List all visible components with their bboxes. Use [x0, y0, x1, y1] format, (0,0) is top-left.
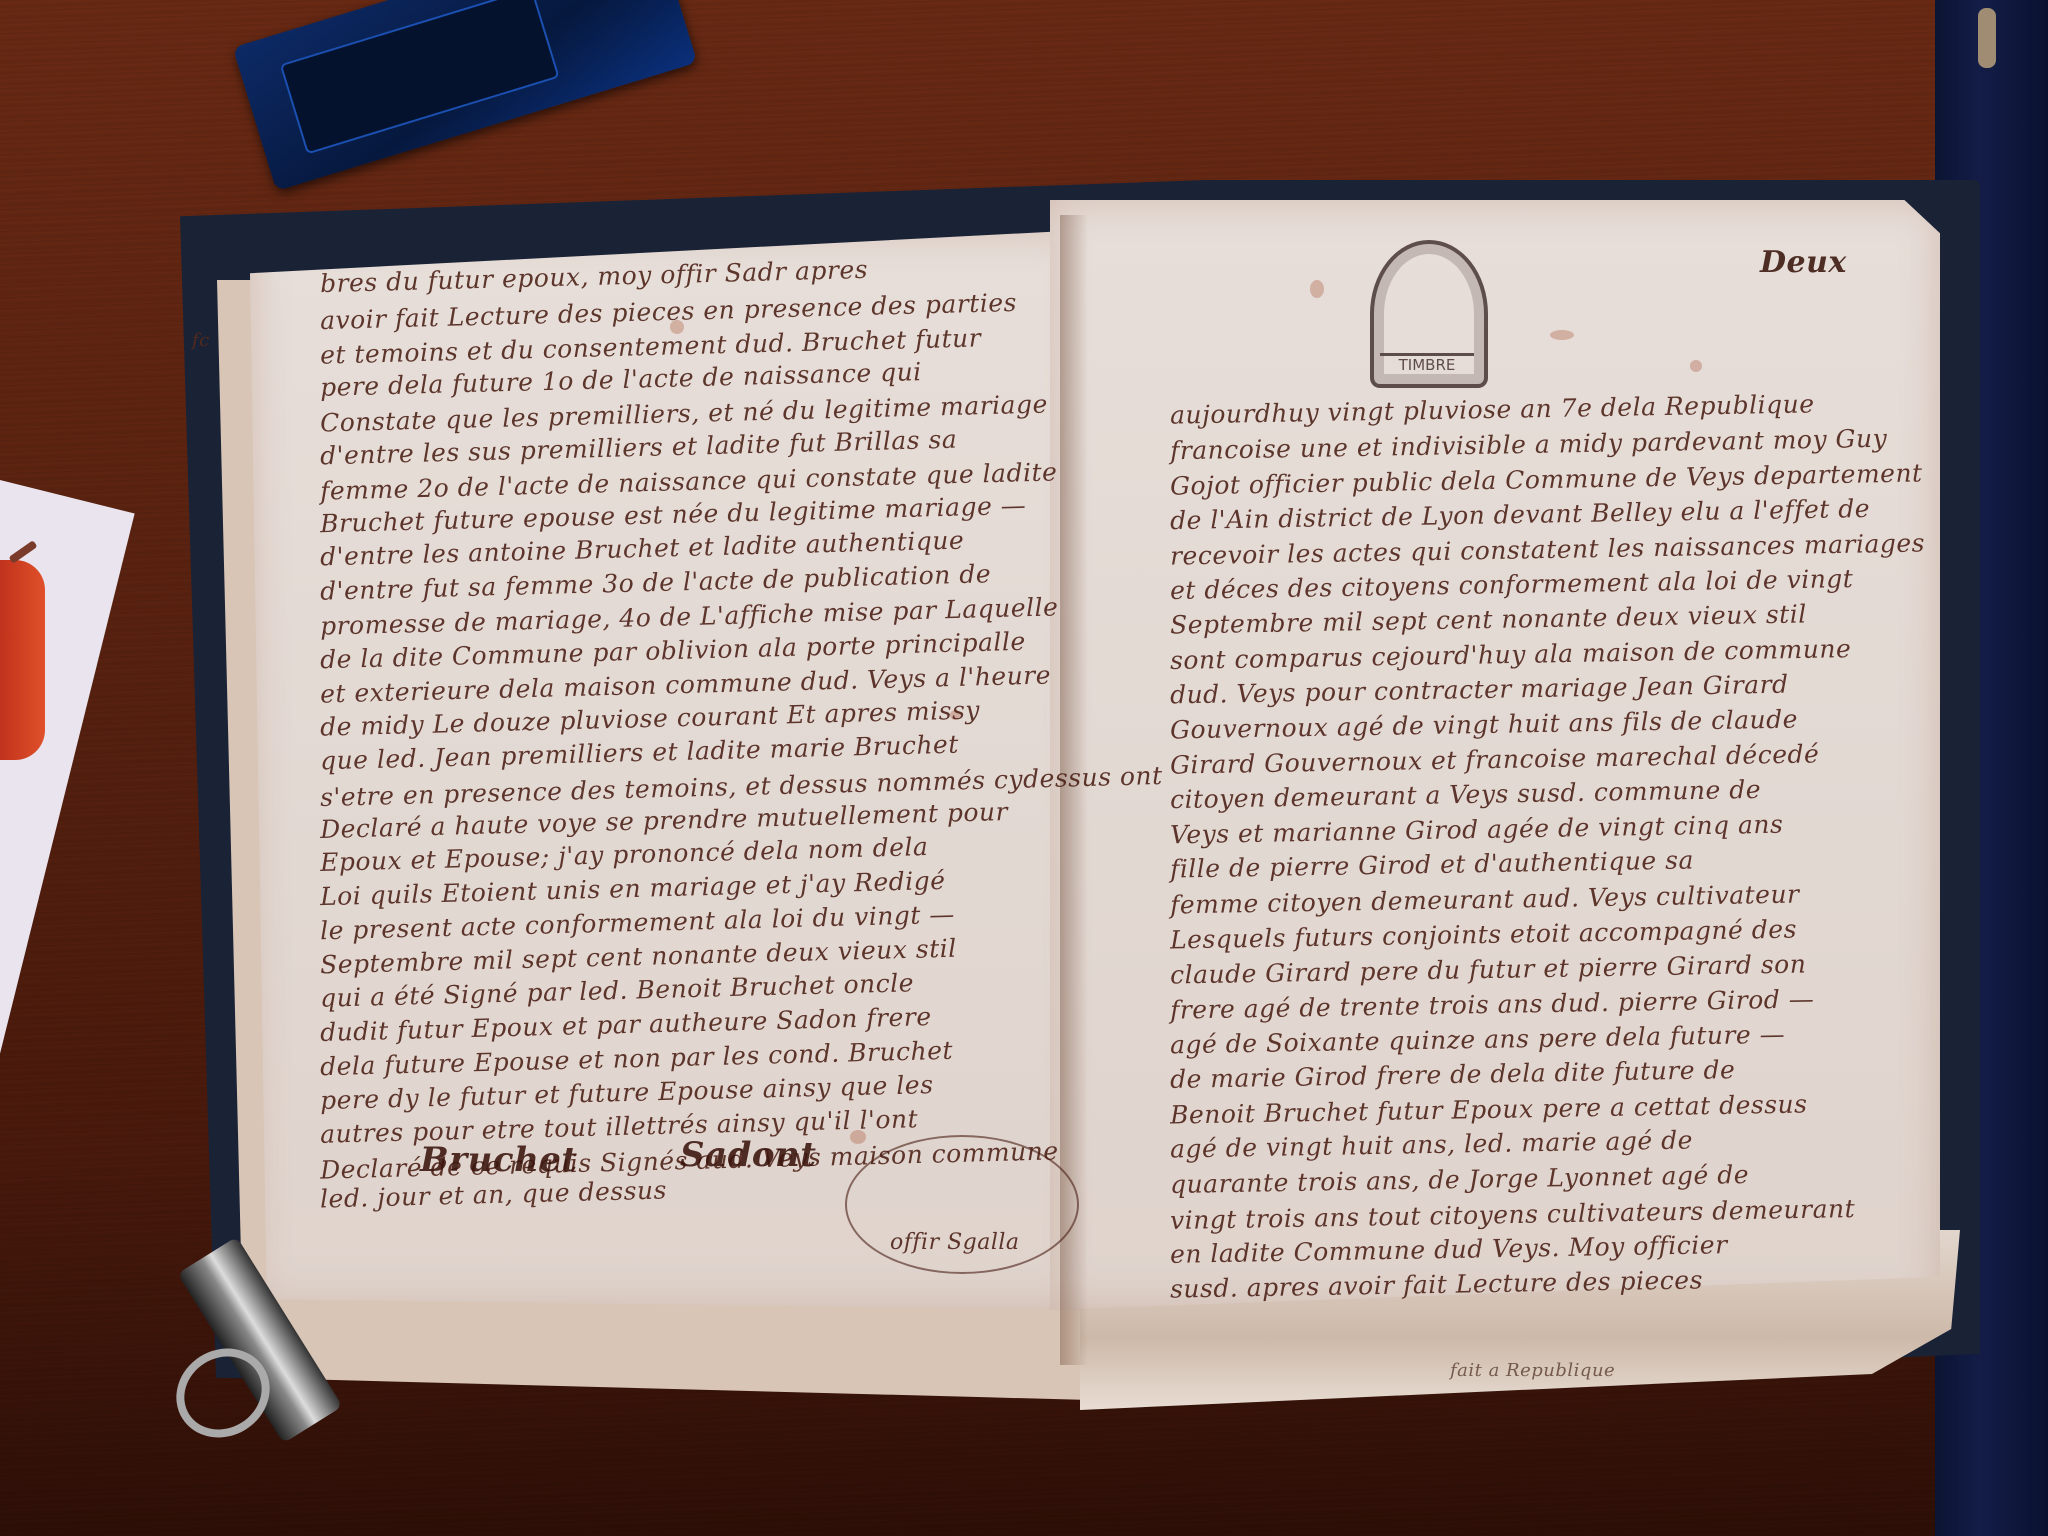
foxing-stain [1690, 360, 1702, 372]
binder-clip [175, 1240, 305, 1420]
foxing-stain [1310, 280, 1324, 298]
signature-sadont: Sadont [680, 1135, 816, 1175]
margin-note: fc [192, 330, 210, 351]
bottom-page-note: fait a Republique [1450, 1360, 1615, 1381]
blue-case [233, 0, 698, 191]
folder-tab [1978, 8, 1996, 68]
signature-officer: offir Sgalla [890, 1230, 1020, 1255]
seal-label: TIMBRE [1380, 353, 1474, 378]
revenue-stamp-seal: TIMBRE [1370, 240, 1488, 388]
red-zipper-pouch [0, 560, 45, 760]
blue-case-inner [280, 0, 560, 154]
folio-marker: Deux [1760, 245, 1847, 280]
foxing-stain [1550, 330, 1574, 340]
signature-bruchet: Bruchet [420, 1140, 578, 1180]
